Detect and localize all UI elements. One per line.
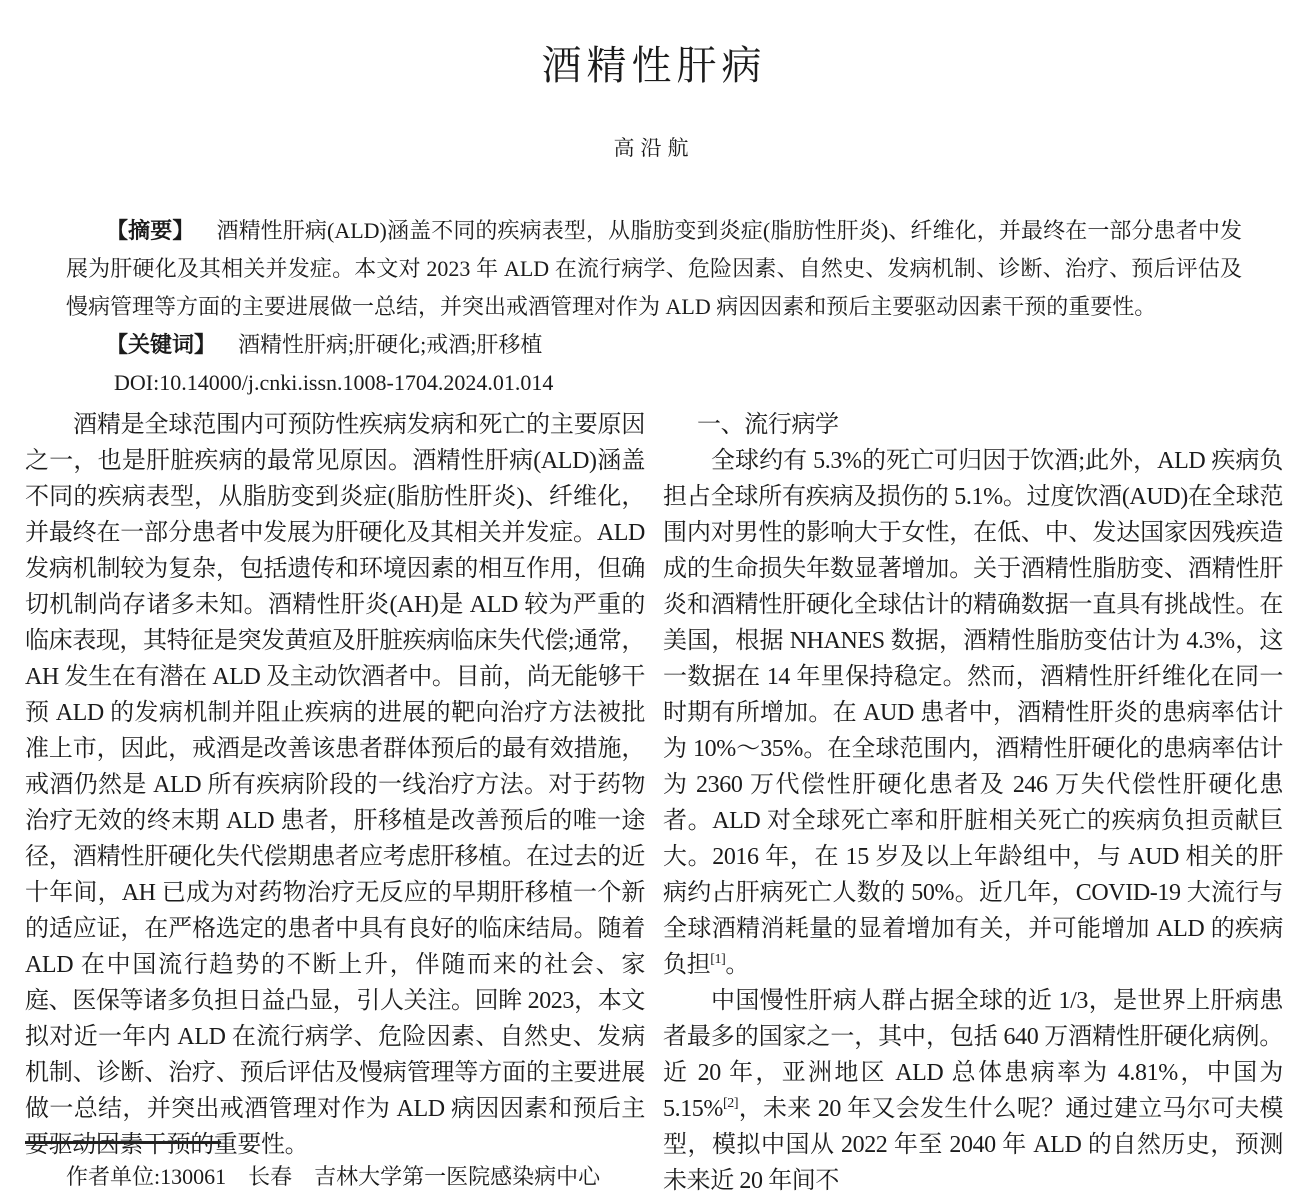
author-affiliation: 作者单位:130061 长春 吉林大学第一医院感染病中心 — [66, 1160, 600, 1191]
section-heading-epidemiology: 一、流行病学 — [663, 407, 1283, 443]
right-column: 一、流行病学 全球约有 5.3%的死亡可归因于饮酒;此外，ALD 疾病负担占全球… — [663, 407, 1283, 1196]
body-paragraph-intro: 酒精是全球范围内可预防性疾病发病和死亡的主要原因之一，也是肝脏疾病的最常见原因。… — [25, 407, 645, 1163]
abstract-block: 【摘要】酒精性肝病(ALD)涵盖不同的疾病表型，从脂肪变到炎症(脂肪性肝炎)、纤… — [66, 212, 1242, 402]
citation-ref: [2] — [723, 1096, 738, 1111]
abstract-paragraph: 【摘要】酒精性肝病(ALD)涵盖不同的疾病表型，从脂肪变到炎症(脂肪性肝炎)、纤… — [66, 212, 1242, 326]
abstract-text: 酒精性肝病(ALD)涵盖不同的疾病表型，从脂肪变到炎症(脂肪性肝炎)、纤维化，并… — [66, 218, 1242, 319]
keywords-line: 【关键词】酒精性肝病;肝硬化;戒酒;肝移植 — [66, 326, 1242, 364]
citation-ref: [1] — [710, 952, 725, 967]
body-paragraph-china-epidemiology: 中国慢性肝病人群占据全球的近 1/3，是世界上肝病患者最多的国家之一，其中，包括… — [663, 983, 1283, 1196]
keywords-text: 酒精性肝病;肝硬化;戒酒;肝移植 — [238, 332, 542, 357]
footnote-rule — [25, 1141, 221, 1144]
keywords-label: 【关键词】 — [106, 332, 216, 357]
left-column: 酒精是全球范围内可预防性疾病发病和死亡的主要原因之一，也是肝脏疾病的最常见原因。… — [25, 407, 645, 1163]
body-paragraph-global-epidemiology: 全球约有 5.3%的死亡可归因于饮酒;此外，ALD 疾病负担占全球所有疾病及损伤… — [663, 443, 1283, 983]
abstract-label: 【摘要】 — [106, 218, 194, 243]
document-page: 酒精性肝病 高沿航 【摘要】酒精性肝病(ALD)涵盖不同的疾病表型，从脂肪变到炎… — [0, 0, 1308, 1196]
doi-line: DOI:10.14000/j.cnki.issn.1008-1704.2024.… — [66, 364, 1242, 402]
author-name: 高沿航 — [0, 132, 1308, 162]
page-title: 酒精性肝病 — [0, 34, 1308, 91]
